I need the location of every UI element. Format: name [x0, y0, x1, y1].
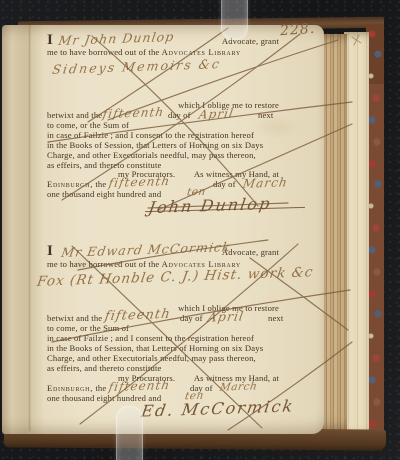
printed-line: to come, or the Sum of: [47, 323, 129, 333]
acrylic-weight-bottom[interactable]: [116, 406, 143, 460]
printed-line: as effeirs, and thereto constitute: [47, 363, 161, 373]
register-photo: 228. I Advocate, grant Mr John Dunlop me…: [0, 0, 400, 460]
printed-line: to come, or the Sum of: [47, 120, 129, 130]
flyleaf-edge: [344, 32, 369, 438]
signed-day-handwriting: fifteenth: [108, 378, 172, 394]
due-day-handwriting: fifteenth: [104, 307, 172, 324]
printed-line: day of: [180, 313, 203, 323]
signature-handwriting: John Dunlop: [147, 194, 273, 217]
signed-month-handwriting: March: [242, 175, 289, 191]
acrylic-weight-top[interactable]: [221, 0, 248, 40]
borrow-form-dunlop: I Advocate, grant Mr John Dunlop me to h…: [47, 33, 279, 228]
printed-line: next: [268, 313, 283, 323]
printed-line: Edinburgh, the: [47, 179, 106, 189]
printed-line: in the Books of Session, that Letters of…: [47, 343, 263, 353]
printed-line: betwixt and the: [47, 313, 102, 323]
printed-line: in case of Failzie ; and I consent to th…: [47, 333, 254, 343]
borrow-form-mccormick: I Advocate, grant Mr Edward McCormick me…: [47, 244, 279, 439]
gutter-crease: [28, 25, 31, 431]
printed-line: day of: [213, 179, 236, 189]
printed-line: Edinburgh, the: [47, 383, 106, 393]
printed-line: betwixt and the: [47, 110, 102, 120]
printed-line: in the Books of Session, that Letters of…: [47, 140, 263, 150]
library-name: Advocates Library: [162, 47, 241, 57]
printed-line: next: [258, 110, 273, 120]
printed-line: Charge, and other Executorials needful, …: [47, 353, 256, 363]
book-title-handwriting: Sidneys Memoirs &c: [51, 56, 222, 77]
printed-line: one thousand eight hundred and: [47, 189, 161, 199]
due-month-handwriting: April: [198, 106, 235, 121]
signed-day-handwriting: fifteenth: [108, 174, 172, 190]
printed-line: Charge, and other Executorials needful, …: [47, 150, 256, 160]
printed-line: in case of Failzie ; and I consent to th…: [47, 130, 254, 140]
printed-line: day of: [168, 110, 191, 120]
signed-month-handwriting: March: [219, 380, 258, 393]
page-number: 228.: [279, 21, 315, 39]
due-month-handwriting: April: [207, 308, 246, 324]
due-day-handwriting: fifteenth: [102, 105, 166, 121]
signature-handwriting: Ed. McCormick: [140, 396, 296, 420]
